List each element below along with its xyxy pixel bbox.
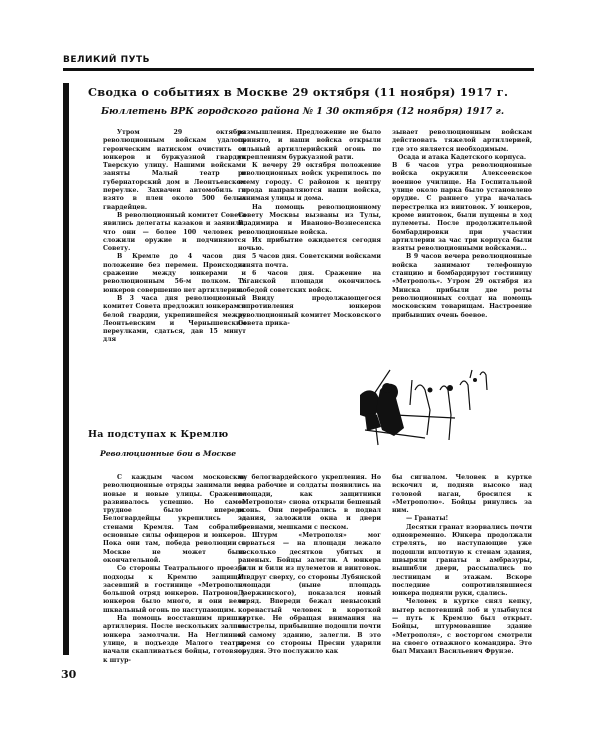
paragraph: К вечеру 29 октября положение революцион… bbox=[238, 162, 381, 203]
paragraph: В революционный комитет Совета явились д… bbox=[103, 212, 246, 253]
section1-subtitle: Бюллетень ВРК городского района № 1 30 о… bbox=[101, 106, 504, 117]
running-head: ВЕЛИКИЙ ПУТЬ bbox=[63, 55, 150, 65]
section2-subtitle: Революционные бои в Москве bbox=[100, 449, 236, 458]
paragraph: В 9 часов вечера революционные войска за… bbox=[392, 253, 532, 319]
paragraph: Со стороны Театрального проезда подходы … bbox=[103, 565, 246, 615]
paragraph: му белогвардейского укрепления. Но едва … bbox=[238, 474, 381, 532]
paragraph: 6 часов дня. Сражение на Таганской площа… bbox=[238, 270, 381, 295]
header-rule bbox=[63, 68, 534, 71]
page-number: 30 bbox=[61, 668, 76, 681]
left-margin-bar bbox=[63, 83, 69, 655]
section2-title: На подступах к Кремлю bbox=[88, 429, 228, 440]
paragraph: В 3 часа дня революционный комитет Совет… bbox=[103, 295, 246, 345]
illustration-soldiers-sketch bbox=[360, 360, 510, 455]
paragraph: Человек в куртке снял кепку, вытер вспот… bbox=[392, 598, 532, 656]
paragraph: С каждым часом московские революционные … bbox=[103, 474, 246, 565]
paragraph: размышления. Предложение не было принято… bbox=[238, 129, 381, 162]
dialogue-line: — Гранаты! bbox=[392, 515, 532, 523]
section2-column-3: бы сигналом. Человек в куртке вскочил и,… bbox=[392, 474, 532, 657]
paragraph: Утром 29 октября революционным войскам у… bbox=[103, 129, 246, 212]
subheading: Осада и атака Кадетского корпуса. bbox=[392, 154, 532, 162]
paragraph: зывает революционным войскам действовать… bbox=[392, 129, 532, 154]
paragraph: Десятки гранат взорвались почти одноврем… bbox=[392, 524, 532, 599]
section2-column-2: му белогвардейского укрепления. Но едва … bbox=[238, 474, 381, 657]
paragraph: бы сигналом. Человек в куртке вскочил и,… bbox=[392, 474, 532, 515]
paragraph: Их прибытие ожидается сегодня ночью. bbox=[238, 237, 381, 254]
paragraph: На помощь восставшим пришла артиллерия. … bbox=[103, 615, 246, 665]
paragraph: В Кремле до 4 часов дня положение без пе… bbox=[103, 253, 246, 294]
paragraph: В 6 часов утра революционные войска окру… bbox=[392, 162, 532, 253]
paragraph: Ввиду продолжающегося сопротивления юнке… bbox=[238, 295, 381, 328]
section1-column-1: Утром 29 октября революционным войскам у… bbox=[103, 129, 246, 345]
section2-column-1: С каждым часом московские революционные … bbox=[103, 474, 246, 665]
section1-title: Сводка о событиях в Москве 29 октября (1… bbox=[88, 85, 508, 99]
section1-column-3: зывает революционным войскам действовать… bbox=[392, 129, 532, 320]
paragraph: 5 часов дня. Советскими войсками занята … bbox=[238, 253, 381, 270]
paragraph: На помощь революционному Совету Москвы в… bbox=[238, 204, 381, 237]
paragraph: Штурм «Метрополя» мог сорваться — на пло… bbox=[238, 532, 381, 656]
section1-column-2: размышления. Предложение не было принято… bbox=[238, 129, 381, 328]
